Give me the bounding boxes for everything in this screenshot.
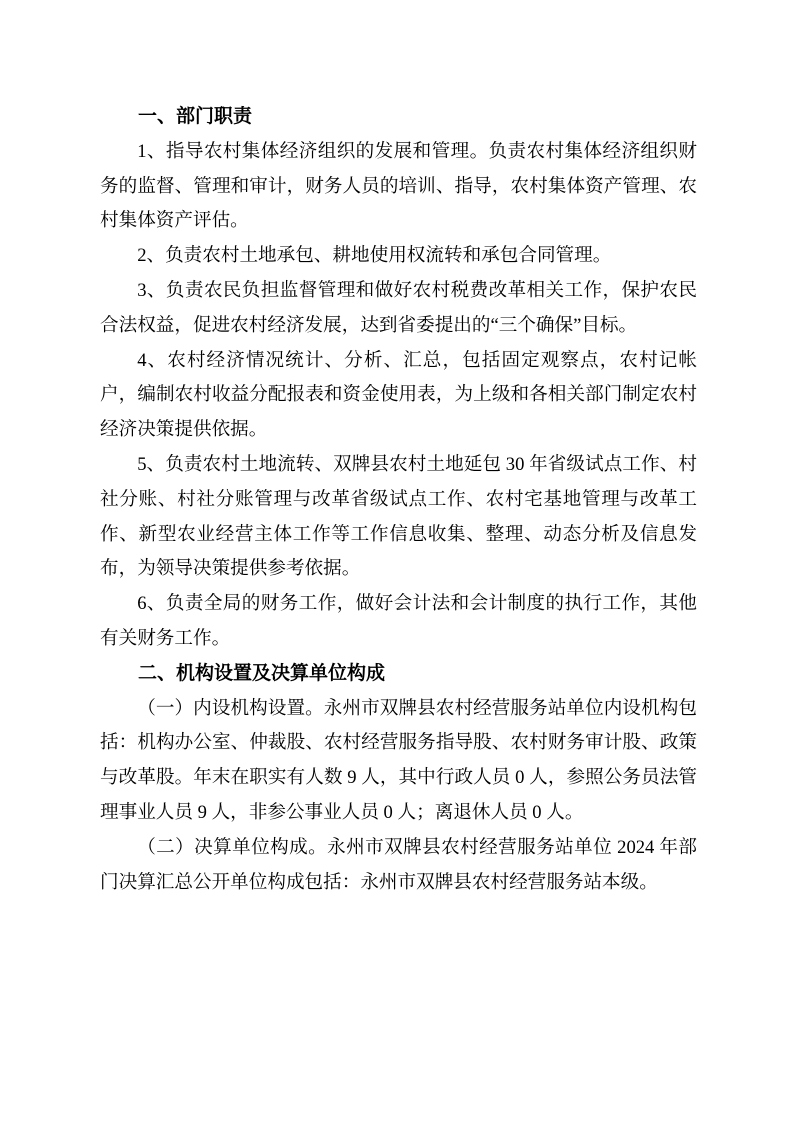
paragraph-duty-3: 3、负责农民负担监督管理和做好农村税费改革相关工作，保护农民合法权益，促进农村经… [100,274,697,344]
section-heading-organization: 二、机构设置及决算单位构成 [100,657,697,692]
paragraph-duty-5: 5、负责农村土地流转、双牌县农村土地延包 30 年省级试点工作、村社分账、村社分… [100,448,697,587]
paragraph-budget-units: （二）决算单位构成。永州市双牌县农村经营服务站单位 2024 年部门决算汇总公开… [100,831,697,901]
paragraph-duty-1: 1、指导农村集体经济组织的发展和管理。负责农村集体经济组织财务的监督、管理和审计… [100,135,697,239]
document-page: 一、部门职责 1、指导农村集体经济组织的发展和管理。负责农村集体经济组织财务的监… [0,0,793,1122]
section-heading-responsibilities: 一、部门职责 [100,100,697,135]
paragraph-duty-4: 4、农村经济情况统计、分析、汇总，包括固定观察点，农村记帐户，编制农村收益分配报… [100,344,697,448]
paragraph-duty-6: 6、负责全局的财务工作，做好会计法和会计制度的执行工作，其他有关财务工作。 [100,587,697,657]
document-body: 一、部门职责 1、指导农村集体经济组织的发展和管理。负责农村集体经济组织财务的监… [100,100,697,900]
paragraph-duty-2: 2、负责农村土地承包、耕地使用权流转和承包合同管理。 [100,239,697,274]
paragraph-internal-structure: （一）内设机构设置。永州市双牌县农村经营服务站单位内设机构包括：机构办公室、仲裁… [100,692,697,831]
